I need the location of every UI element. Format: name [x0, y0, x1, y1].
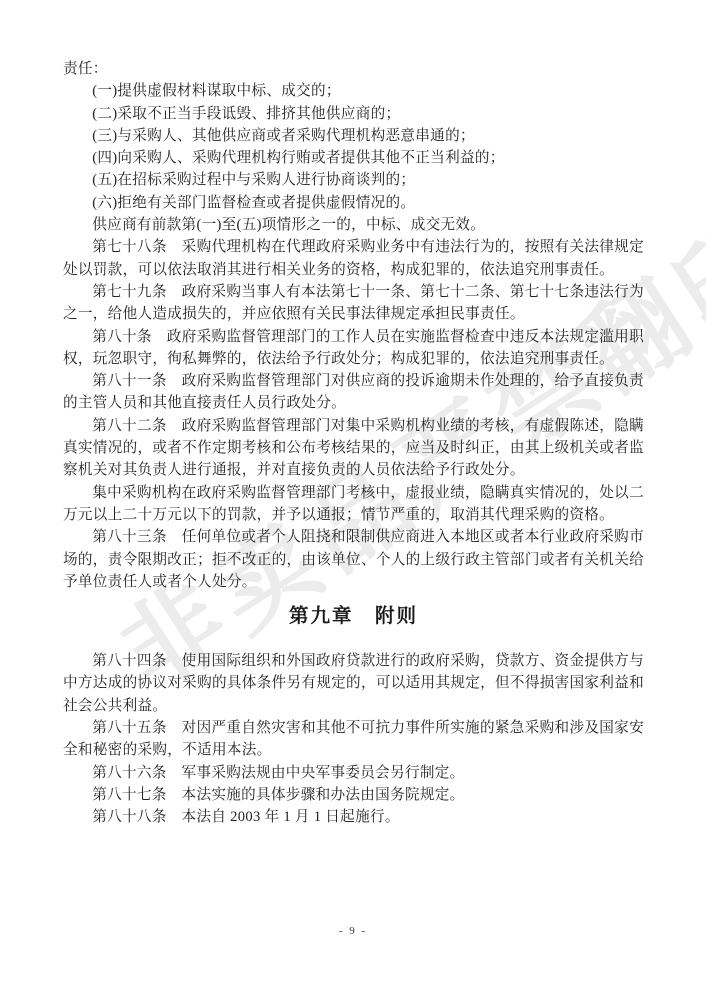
paragraph: (四)向采购人、采购代理机构行贿或者提供其他不正当利益的； — [63, 147, 644, 169]
paragraph: 第八十二条 政府采购监督管理部门对集中采购机构业绩的考核，有虚假陈述，隐瞒真实情… — [63, 415, 644, 482]
document-page: 非卖品严禁翻印 责任：(一)提供虚假材料谋取中标、成交的；(二)采取不正当手段诋… — [0, 0, 706, 1000]
paragraph: (一)提供虚假材料谋取中标、成交的； — [63, 80, 644, 102]
document-body: 责任：(一)提供虚假材料谋取中标、成交的；(二)采取不正当手段诋毁、排挤其他供应… — [63, 58, 644, 829]
paragraph: 第八十五条 对因严重自然灾害和其他不可抗力事件所实施的紧急采购和涉及国家安全和秘… — [63, 717, 644, 762]
page-number: - 9 - — [0, 924, 706, 938]
paragraph: 第七十九条 政府采购当事人有本法第七十一条、第七十二条、第七十七条违法行为之一，… — [63, 281, 644, 326]
paragraph: (六)拒绝有关部门监督检查或者提供虚假情况的。 — [63, 192, 644, 214]
paragraph: 第八十八条 本法自 2003 年 1 月 1 日起施行。 — [63, 806, 644, 828]
paragraph: 集中采购机构在政府采购监督管理部门考核中，虚报业绩，隐瞒真实情况的，处以二万元以… — [63, 482, 644, 527]
paragraph: 第七十八条 采购代理机构在代理政府采购业务中有违法行为的，按照有关法律规定处以罚… — [63, 236, 644, 281]
chapter-heading: 第九章 附则 — [63, 604, 644, 629]
paragraph: (三)与采购人、其他供应商或者采购代理机构恶意串通的； — [63, 125, 644, 147]
paragraph: (五)在招标采购过程中与采购人进行协商谈判的； — [63, 169, 644, 191]
paragraph: 第八十一条 政府采购监督管理部门对供应商的投诉逾期未作处理的，给予直接负责的主管… — [63, 370, 644, 415]
paragraph: 供应商有前款第(一)至(五)项情形之一的，中标、成交无效。 — [63, 214, 644, 236]
paragraph: 第八十四条 使用国际组织和外国政府贷款进行的政府采购，贷款方、资金提供方与中方达… — [63, 650, 644, 717]
paragraph: 第八十七条 本法实施的具体步骤和办法由国务院规定。 — [63, 784, 644, 806]
paragraph-continuation: 责任： — [63, 58, 644, 80]
paragraph: 第八十三条 任何单位或者个人阻挠和限制供应商进入本地区或者本行业政府采购市场的，… — [63, 526, 644, 593]
paragraph: (二)采取不正当手段诋毁、排挤其他供应商的； — [63, 103, 644, 125]
paragraph: 第八十六条 军事采购法规由中央军事委员会另行制定。 — [63, 762, 644, 784]
paragraph: 第八十条 政府采购监督管理部门的工作人员在实施监督检查中违反本法规定滥用职权，玩… — [63, 326, 644, 371]
